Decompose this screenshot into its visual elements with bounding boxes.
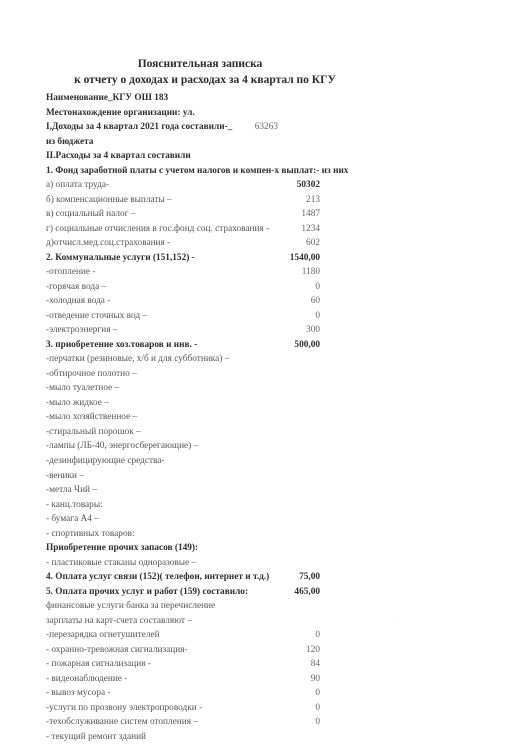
document-line: зарплаты на карт-счета составляют –	[46, 615, 346, 627]
document-line: - канц.товары:	[46, 499, 346, 511]
document-line: - бумага А4 –	[46, 513, 346, 525]
document-line: - текущий ремонт зданий	[46, 731, 346, 743]
document-line: -дезинфицирующие средства-	[46, 455, 346, 467]
document-line: -мыло хозяйственное –	[46, 411, 346, 423]
document-line-value: 63263	[218, 121, 278, 133]
document-line-value: 50302	[260, 179, 320, 191]
document-line: Местонахождение организации: ул.	[46, 107, 346, 119]
document-line-value: 0	[260, 629, 320, 641]
document-line-value: 602	[260, 237, 320, 249]
document-line: Приобретение прочих запасов (149):	[46, 542, 346, 554]
document-line: -обтирочное полотно –	[46, 368, 346, 380]
scan-artifact: ·	[396, 619, 398, 625]
document-line-value: 0	[260, 702, 320, 714]
document-line: - спортивных товаров:	[46, 528, 346, 540]
document-line-value: 84	[260, 658, 320, 670]
document-line-value: 465,00	[260, 586, 320, 598]
document-line: - пластиковые стаканы одноразовые –	[46, 557, 346, 569]
document-line: -метла Чий –	[46, 484, 346, 496]
document-line-value: 0	[260, 716, 320, 728]
document-page: Пояснительная записка к отчету о доходах…	[0, 0, 532, 750]
document-line: -мыло туалетное –	[46, 382, 346, 394]
document-line: II.Расходы за 4 квартал составили	[46, 150, 346, 162]
document-line: -веники –	[46, 470, 346, 482]
document-line-value: 120	[260, 644, 320, 656]
document-line-value: 1180	[260, 266, 320, 278]
document-line-value: 500,00	[260, 339, 320, 351]
document-line-value: 60	[260, 295, 320, 307]
document-line: -перчатки (резиновые, х/б и для субботни…	[46, 353, 346, 365]
document-line: I,Доходы за 4 квартал 2021 года составил…	[46, 121, 346, 133]
document-line-value: 1234	[260, 223, 320, 235]
document-line: Наименование_КГУ ОШ 183	[46, 92, 346, 104]
document-title: Пояснительная записка	[0, 58, 400, 70]
document-line-value: 300	[260, 324, 320, 336]
document-line: 1. Фонд заработной платы с учетом налого…	[46, 165, 346, 177]
document-line-value: 213	[260, 194, 320, 206]
document-line: -стиральный порошок –	[46, 426, 346, 438]
document-line-value: 1540,00	[260, 252, 320, 264]
document-line-value: 75,00	[260, 571, 320, 583]
document-line-value: 1487	[260, 208, 320, 220]
document-line: -мыло жидкое –	[46, 397, 346, 409]
document-line: финансовые услуги банка за перечисление	[46, 600, 346, 612]
document-line-value: 0	[260, 687, 320, 699]
document-line-value: 90	[260, 673, 320, 685]
document-line: -лампы (ЛБ-40, энергосберегающие) –	[46, 440, 346, 452]
document-line-value: 0	[260, 281, 320, 293]
document-subtitle: к отчету о доходах и расходах за 4 кварт…	[40, 74, 370, 86]
document-line: из бюджета	[46, 136, 346, 148]
document-line-value: 0	[260, 310, 320, 322]
